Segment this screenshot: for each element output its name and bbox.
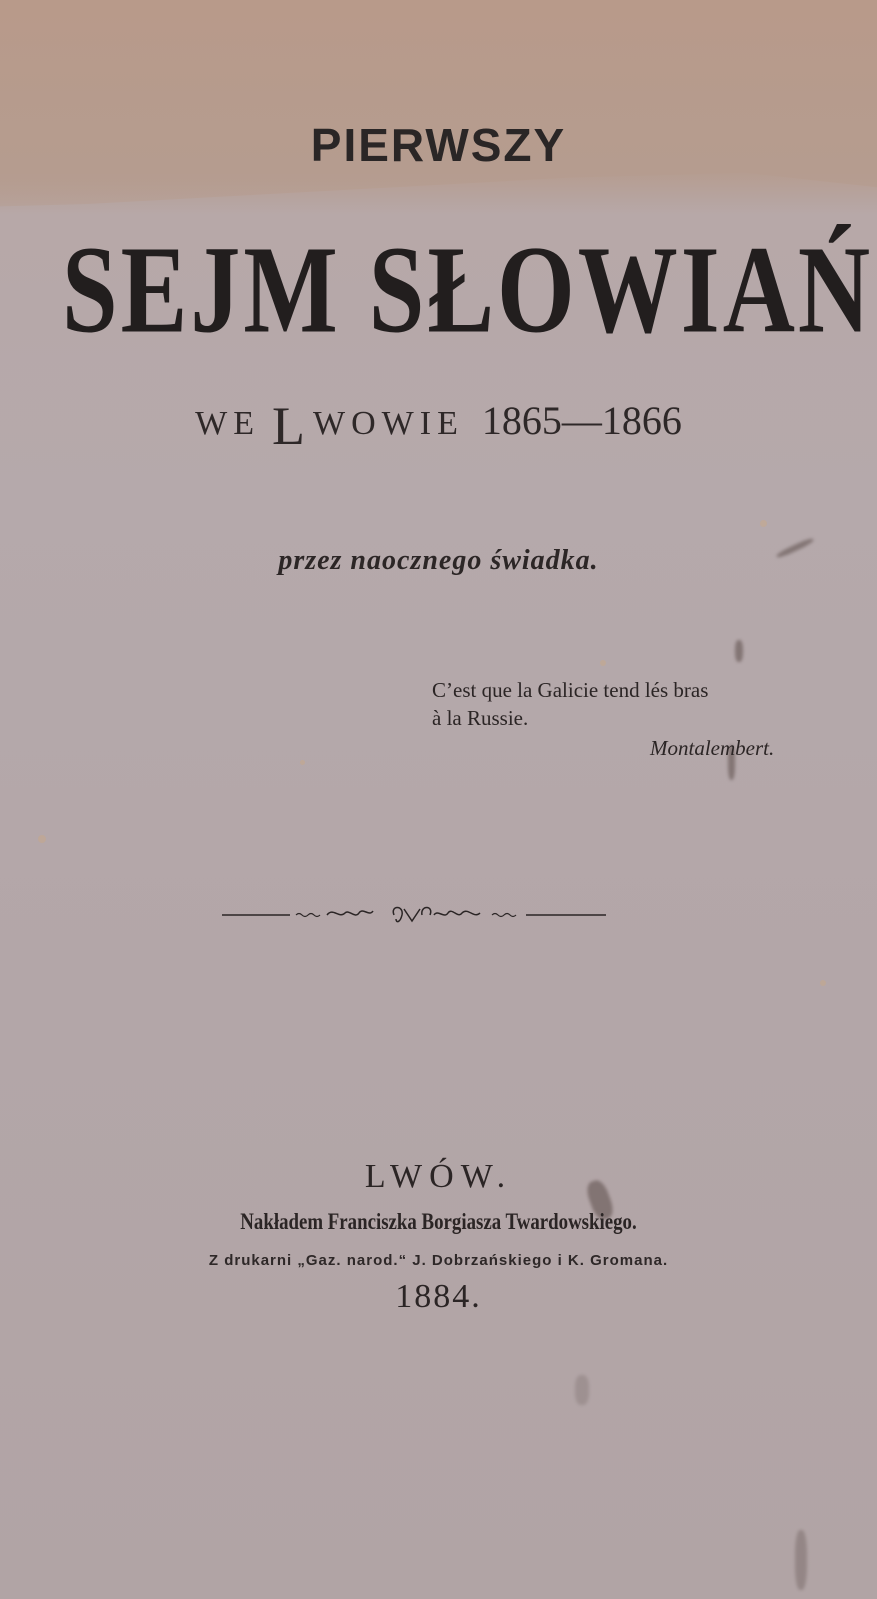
divider-flourish-icon (222, 903, 606, 923)
stain (575, 1375, 589, 1405)
ink-smudge (735, 640, 743, 662)
imprint-publisher: Nakładem Franciszka Borgiasza Twardowski… (79, 1209, 798, 1235)
epigraph-line-2: à la Russie. (432, 704, 708, 732)
epigraph-author: Montalembert. (650, 734, 774, 762)
years: 1865—1866 (482, 398, 682, 443)
epigraph-line-1: C’est que la Galicie tend lés bras (432, 676, 708, 704)
foxing-spot (600, 660, 606, 666)
attribution: przez naocznego świadka. (0, 545, 877, 577)
foxing-spot (760, 520, 767, 527)
place-and-years: WELWOWIE1865—1866 (0, 395, 877, 457)
ink-smudge (795, 1530, 807, 1590)
epigraph: C’est que la Galicie tend lés bras à la … (432, 676, 708, 732)
heading-small: PIERWSZY (0, 118, 877, 172)
heading-large: SEJM SŁOWIAŃSKI (62, 215, 782, 365)
place-rest: WOWIE (313, 405, 464, 442)
place-initial: L (272, 396, 311, 456)
foxing-spot (38, 835, 46, 843)
foxing-spot (300, 760, 305, 765)
title-page: PIERWSZY SEJM SŁOWIAŃSKI WELWOWIE1865—18… (0, 0, 877, 1599)
imprint-printer: Z drukarni „Gaz. narod.“ J. Dobrzańskieg… (0, 1252, 877, 1269)
imprint-city: LWÓW. (0, 1158, 877, 1196)
place-prefix: WE (195, 405, 260, 442)
imprint-year: 1884. (0, 1278, 877, 1316)
foxing-spot (820, 980, 826, 986)
